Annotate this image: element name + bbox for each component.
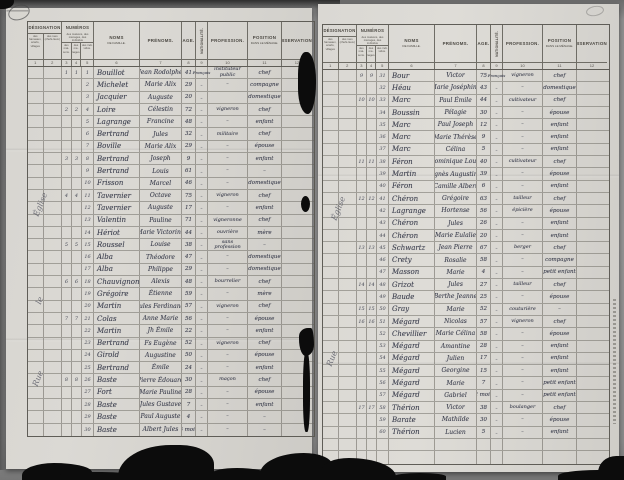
cell-age: 17 xyxy=(477,353,491,364)
cell-g xyxy=(367,439,377,450)
cell-pos: domestique xyxy=(248,178,282,189)
cell-pre: Marie xyxy=(435,304,477,315)
cell-pre: Marie xyxy=(435,267,477,278)
cell-i: 57 xyxy=(377,390,389,401)
cell-age: 6 mois xyxy=(182,424,196,436)
age-label: AGE. xyxy=(183,38,195,44)
cell-obs xyxy=(577,390,607,401)
cell-age: 58 xyxy=(477,328,491,339)
cell-pre: Victor xyxy=(435,70,477,81)
table-row: 141448GrizotJules27–tailleurchef xyxy=(323,279,609,291)
cell-pos: chef xyxy=(543,316,577,327)
cell-ham xyxy=(28,67,44,78)
cell-nom: Alba xyxy=(94,264,140,275)
cell-nom: Bour xyxy=(389,70,435,81)
numeros-note: des maisons, des ménages, des individus xyxy=(62,33,93,42)
cell-m xyxy=(62,264,72,275)
column-number: 7 xyxy=(435,62,476,69)
cell-g xyxy=(367,119,377,130)
cell-g: 6 xyxy=(72,276,82,287)
cell-prof: – xyxy=(503,341,543,352)
cell-nom: Chéron xyxy=(389,230,435,241)
cell-m: 4 xyxy=(62,190,72,201)
cell-nom: Féron xyxy=(389,156,435,167)
census-table-left: DÉSIGNATION des hameaux, écarts, village… xyxy=(27,21,315,437)
cell-rue xyxy=(339,242,357,253)
column-number: 10 xyxy=(208,59,247,66)
cell-nom: Tavernier xyxy=(94,202,140,213)
table-row: 57MégardGabriel2 mois––petit enfant xyxy=(323,390,609,402)
cell-age: 39 xyxy=(477,168,491,179)
cell-obs xyxy=(577,279,607,290)
cell-nat: – xyxy=(196,128,208,139)
cell-rue xyxy=(339,95,357,106)
cell-rue xyxy=(339,254,357,265)
cell-m xyxy=(357,181,367,192)
cell-nom: Roussel xyxy=(94,239,140,250)
cell-pre: Marie Victorine xyxy=(140,227,182,238)
table-row: 6618ChauvignonAlexis48–bourrelierchef xyxy=(28,276,314,288)
cell-nat: – xyxy=(491,156,503,167)
cell-ham xyxy=(323,95,339,106)
cell-ham xyxy=(28,350,44,361)
cell-nat: – xyxy=(491,267,503,278)
cell-age: 58 xyxy=(477,254,491,265)
cell-i: 29 xyxy=(82,411,94,422)
cell-nat: – xyxy=(196,153,208,164)
cell-pos: épouse xyxy=(543,168,577,179)
cell-g: 7 xyxy=(72,313,82,324)
cell-obs xyxy=(577,427,607,438)
cell-rue xyxy=(339,291,357,302)
cell-rue xyxy=(44,374,62,385)
cell-nom: Boville xyxy=(94,141,140,152)
cell-m xyxy=(357,390,367,401)
cell-nom: Héau xyxy=(389,82,435,93)
cell-i: 19 xyxy=(82,288,94,299)
table-row: 2MicheletMarie Alix29––compagne xyxy=(28,79,314,91)
cell-age: 24 xyxy=(182,362,196,373)
cell-nom: Gray xyxy=(389,304,435,315)
cell-age: 57 xyxy=(477,316,491,327)
cell-m xyxy=(357,230,367,241)
cell-i: 39 xyxy=(377,168,389,179)
cell-pos: chef xyxy=(543,156,577,167)
column-number: 10 xyxy=(503,62,542,69)
cell-pre: Marie Alix xyxy=(140,79,182,90)
cell-prof: cultivateur xyxy=(503,95,543,106)
cell-g xyxy=(367,365,377,376)
noms-sublabel: DE FAMILLE. xyxy=(107,42,125,46)
cell-g xyxy=(72,227,82,238)
cell-age: 30 xyxy=(477,414,491,425)
cell-age: 27 xyxy=(477,279,491,290)
cell-nat: – xyxy=(491,328,503,339)
table-row: 56MégardMarie7––petit enfant xyxy=(323,377,609,389)
column-noms: NOMSDE FAMILLE. 6 xyxy=(94,22,140,66)
cell-pos: chef xyxy=(248,128,282,139)
cell-prof: – xyxy=(208,399,248,410)
cell-m xyxy=(62,325,72,336)
cell-prof: – xyxy=(503,328,543,339)
cell-age: 38 xyxy=(182,239,196,250)
cell-obs xyxy=(282,301,312,312)
cell-m xyxy=(62,424,72,436)
table-row: 54MégardJulien17––enfant xyxy=(323,353,609,365)
cell-ham xyxy=(28,387,44,398)
cell-prof: vigneronne xyxy=(208,215,248,226)
cell-prof: – xyxy=(208,387,248,398)
cell-i: 49 xyxy=(377,291,389,302)
cell-ham xyxy=(28,313,44,324)
column-number: 6 xyxy=(94,59,139,66)
cell-obs xyxy=(577,291,607,302)
cell-rue xyxy=(44,338,62,349)
cell-i: 9 xyxy=(82,165,94,176)
cell-g: 15 xyxy=(367,304,377,315)
cell-rue xyxy=(339,414,357,425)
cell-g xyxy=(72,215,82,226)
cell-i: 53 xyxy=(377,341,389,352)
cell-i: 4 xyxy=(82,104,94,115)
table-row: 17AlbaPhilippe29––domestique xyxy=(28,264,314,276)
cell-nat: – xyxy=(196,251,208,262)
cell-nom: Bertrand xyxy=(94,362,140,373)
cell-g xyxy=(72,251,82,262)
table-row: 22MartinJh Émile22––enfant xyxy=(28,325,314,337)
cell-obs xyxy=(577,365,607,376)
cell-g: 17 xyxy=(367,402,377,413)
table-row xyxy=(323,439,609,451)
cell-prof: – xyxy=(208,202,248,213)
cell-pre: Marie Eulalie xyxy=(435,230,477,241)
cell-prof: – xyxy=(208,264,248,275)
cell-prof: – xyxy=(208,424,248,436)
cell-m xyxy=(62,288,72,299)
cell-nom: Chéron xyxy=(389,218,435,229)
cell-g: 4 xyxy=(72,190,82,201)
cell-g: 2 xyxy=(72,104,82,115)
column-number: 9 xyxy=(491,62,502,69)
cell-pos: épouse xyxy=(248,350,282,361)
cell-nom: Boussin xyxy=(389,107,435,118)
cell-age: 25 xyxy=(477,291,491,302)
cell-pre: Anne Marie xyxy=(140,313,182,324)
cell-pre: Lucien xyxy=(435,427,477,438)
cell-pos: domestique xyxy=(248,264,282,275)
cell-pre: Paul Auguste xyxy=(140,411,182,422)
cell-nom: Hériot xyxy=(94,227,140,238)
cell-nat: – xyxy=(196,338,208,349)
table-row: 24GiroldAugustine50––épouse xyxy=(28,350,314,362)
cell-nat: – xyxy=(491,119,503,130)
cell-nat: – xyxy=(491,82,503,93)
cell-age: 71 xyxy=(182,215,196,226)
cell-nom: Masson xyxy=(389,267,435,278)
cell-age: 12 xyxy=(477,119,491,130)
cell-age: 52 xyxy=(182,338,196,349)
cell-m: 16 xyxy=(357,316,367,327)
cell-pre: Célina xyxy=(435,144,477,155)
cell-pos: chef xyxy=(248,104,282,115)
cell-m xyxy=(62,178,72,189)
position-sublabel: DANS LE MÉNAGE. xyxy=(251,42,279,46)
cell-nat: – xyxy=(491,341,503,352)
cell-g xyxy=(72,362,82,373)
cell-rue xyxy=(44,104,62,115)
cell-pos: enfant xyxy=(248,116,282,127)
cell-ham xyxy=(28,239,44,250)
cell-m xyxy=(62,338,72,349)
cell-i: 54 xyxy=(377,353,389,364)
cell-m xyxy=(62,165,72,176)
column-number: 9 xyxy=(196,59,207,66)
cell-age: 52 xyxy=(477,304,491,315)
table-row: 46CretyRosalie58––compagne xyxy=(323,254,609,266)
cell-nom: Lagrange xyxy=(389,205,435,216)
cell-pre: Joseph xyxy=(140,153,182,164)
cell-prof: vigneron xyxy=(208,338,248,349)
cell-pos: – xyxy=(248,239,282,250)
cell-prof: tailleur xyxy=(503,193,543,204)
cell-i: 22 xyxy=(82,325,94,336)
cell-ham xyxy=(323,168,339,179)
census-table-right: DÉSIGNATION des hameaux, écarts, village… xyxy=(322,24,610,465)
cell-nat: – xyxy=(491,390,503,401)
table-row: 34BoussinPélagie30––épouse xyxy=(323,107,609,119)
column-number: 11 xyxy=(248,59,281,66)
cell-ham xyxy=(323,82,339,93)
cell-pre: Pierre Édouard xyxy=(140,374,182,385)
table-row: 40FéronCamille Albert6––enfant xyxy=(323,181,609,193)
cell-nat: – xyxy=(491,304,503,315)
designation-sub1: des hameaux, écarts, villages xyxy=(323,37,338,62)
cell-nom: Michelet xyxy=(94,79,140,90)
column-position: POSITIONDANS LE MÉNAGE. 11 xyxy=(248,22,282,66)
cell-obs xyxy=(282,264,312,275)
cell-pos: enfant xyxy=(543,218,577,229)
cell-prof: – xyxy=(503,218,543,229)
cell-nom: Bertrand xyxy=(94,153,140,164)
cell-g xyxy=(72,92,82,103)
table-body: 111BouillotJean Rodolphe41Françaisinstit… xyxy=(28,67,314,436)
cell-obs xyxy=(577,439,607,450)
table-row: 23BertrandFs Eugène52–vigneronchef xyxy=(28,338,314,350)
numeros-sub-maisons: des mai- sons. xyxy=(357,46,366,62)
cell-age: 15 xyxy=(477,365,491,376)
cell-g xyxy=(367,144,377,155)
cell-ham xyxy=(323,144,339,155)
column-number: 3 xyxy=(62,59,71,66)
cell-nom: Marc xyxy=(389,95,435,106)
table-row: 37MarcCélina5––enfant xyxy=(323,144,609,156)
cell-nom: Féron xyxy=(389,181,435,192)
cell-nom: Crety xyxy=(389,254,435,265)
cell-age xyxy=(477,439,491,450)
cell-m xyxy=(357,254,367,265)
cell-age: 61 xyxy=(182,165,196,176)
cell-nat: – xyxy=(491,205,503,216)
cell-prof: – xyxy=(503,414,543,425)
table-header: DÉSIGNATION des hameaux, écarts, village… xyxy=(323,25,609,70)
cell-i: 32 xyxy=(377,82,389,93)
cell-rue xyxy=(44,313,62,324)
cell-i: 56 xyxy=(377,377,389,388)
cell-prof: épicière xyxy=(503,205,543,216)
cell-age: 22 xyxy=(182,325,196,336)
cell-nat: – xyxy=(196,264,208,275)
cell-nom: Mégard xyxy=(389,390,435,401)
table-row: 53MégardAmantine28––enfant xyxy=(323,341,609,353)
cell-m xyxy=(62,79,72,90)
cell-age: 63 xyxy=(477,193,491,204)
cell-nat: – xyxy=(491,144,503,155)
cell-prof: vigneron xyxy=(208,301,248,312)
cell-nat: – xyxy=(491,402,503,413)
cell-obs xyxy=(577,242,607,253)
cell-obs xyxy=(577,218,607,229)
cell-nom: Fort xyxy=(94,387,140,398)
cell-age: 56 xyxy=(477,205,491,216)
table-header: DÉSIGNATION des hameaux, écarts, village… xyxy=(28,22,314,67)
cell-m xyxy=(357,414,367,425)
cell-obs xyxy=(282,165,312,176)
cell-pos: chef xyxy=(248,276,282,287)
cell-nat: – xyxy=(196,165,208,176)
column-number: 4 xyxy=(367,62,376,69)
cell-ham xyxy=(28,128,44,139)
cell-ham xyxy=(28,399,44,410)
cell-pre: Francine xyxy=(140,116,182,127)
cell-pos: enfant xyxy=(543,131,577,142)
table-row: 4411TavernierOctave75–vigneronchef xyxy=(28,190,314,202)
designation-sub2: des rues (chefs-lieux) xyxy=(339,37,356,62)
cell-rue xyxy=(44,239,62,250)
column-designation: DÉSIGNATION des hameaux, écarts, village… xyxy=(323,25,357,69)
cell-nat: – xyxy=(491,291,503,302)
cell-ham xyxy=(323,254,339,265)
column-prenoms: PRÉNOMS. 7 xyxy=(435,25,477,69)
cell-pos: épouse xyxy=(543,328,577,339)
cell-i xyxy=(377,439,389,450)
cell-i: 36 xyxy=(377,131,389,142)
nationalite-label: NATIONALITÉ. xyxy=(495,31,499,57)
cell-g xyxy=(367,168,377,179)
cell-m xyxy=(357,131,367,142)
cell-g: 10 xyxy=(367,95,377,106)
cell-obs xyxy=(282,128,312,139)
cell-prof: – xyxy=(208,325,248,336)
cell-m xyxy=(357,205,367,216)
cell-nom: Bertrand xyxy=(94,165,140,176)
cell-m xyxy=(357,144,367,155)
cell-i: 26 xyxy=(82,374,94,385)
cell-prof: vigneron xyxy=(503,316,543,327)
cell-g xyxy=(72,141,82,152)
column-age: AGE. 8 xyxy=(182,22,196,66)
cell-pos: chef xyxy=(543,242,577,253)
cell-g xyxy=(72,399,82,410)
cell-age: 29 xyxy=(182,264,196,275)
cell-pos: compagne xyxy=(543,254,577,265)
prenoms-label: PRÉNOMS. xyxy=(443,41,469,47)
cell-pre: Louis xyxy=(140,165,182,176)
cell-age: 7 xyxy=(182,399,196,410)
cell-pre: Gabriel xyxy=(435,390,477,401)
cell-ham xyxy=(28,227,44,238)
cell-g xyxy=(367,205,377,216)
cell-pos: chef xyxy=(248,67,282,78)
cell-g xyxy=(367,82,377,93)
cell-obs xyxy=(282,215,312,226)
cell-nat: – xyxy=(196,276,208,287)
cell-rue xyxy=(44,276,62,287)
table-row: 36MarcMarie Thérèse9––enfant xyxy=(323,131,609,143)
cell-i: 14 xyxy=(82,227,94,238)
cell-nom: Mégard xyxy=(389,377,435,388)
cell-nom: Lagrange xyxy=(94,116,140,127)
cell-i: 37 xyxy=(377,144,389,155)
cell-m: 11 xyxy=(357,156,367,167)
cell-m xyxy=(62,301,72,312)
cell-pre: Grégoire xyxy=(435,193,477,204)
cell-i: 13 xyxy=(82,215,94,226)
cell-age: 26 xyxy=(477,218,491,229)
cell-pre: Alexis xyxy=(140,276,182,287)
cell-ham xyxy=(323,279,339,290)
cell-i: 46 xyxy=(377,254,389,265)
cell-pos: chef xyxy=(543,193,577,204)
table-row: 32HéauMarie Joséphine43––domestique xyxy=(323,82,609,94)
cell-pos: épouse xyxy=(543,107,577,118)
cell-g xyxy=(72,264,82,275)
position-sublabel: DANS LE MÉNAGE. xyxy=(546,45,574,49)
column-number: 8 xyxy=(182,59,195,66)
cell-nat: – xyxy=(491,168,503,179)
cell-age: 20 xyxy=(182,92,196,103)
cell-nom: Mégard xyxy=(389,365,435,376)
cell-prof: – xyxy=(208,116,248,127)
column-designation: DÉSIGNATION des hameaux, écarts, village… xyxy=(28,22,62,66)
cell-nom: Schwartz xyxy=(389,242,435,253)
cell-age: 2 mois xyxy=(477,390,491,401)
cell-ham xyxy=(28,411,44,422)
cell-rue xyxy=(339,156,357,167)
cell-prof: – xyxy=(208,165,248,176)
numeros-sub-menages: des mé- nages. xyxy=(367,46,376,62)
cell-pos: chef xyxy=(543,70,577,81)
designation-title: DÉSIGNATION xyxy=(323,25,356,36)
cell-prof: – xyxy=(503,427,543,438)
cell-m xyxy=(357,377,367,388)
cell-g xyxy=(367,291,377,302)
cell-m xyxy=(62,251,72,262)
column-numeros: NUMÉROS des maisons, des ménages, des in… xyxy=(62,22,94,66)
table-row: 9931BourVictor75Françaisvigneronchef xyxy=(323,70,609,82)
cell-m xyxy=(62,387,72,398)
cell-prof: – xyxy=(503,365,543,376)
table-row: 59BarateMathilde30––épouse xyxy=(323,414,609,426)
cell-pre: Victor xyxy=(435,402,477,413)
cell-pre: Marie Joséphine xyxy=(435,82,477,93)
cell-obs xyxy=(282,141,312,152)
cell-pre: Paul Émile xyxy=(435,95,477,106)
table-row: 55MégardGeorgine15––enfant xyxy=(323,365,609,377)
cell-age: 75 xyxy=(182,190,196,201)
cell-pos: enfant xyxy=(248,153,282,164)
cell-ham xyxy=(323,427,339,438)
cell-pos: épouse xyxy=(248,313,282,324)
